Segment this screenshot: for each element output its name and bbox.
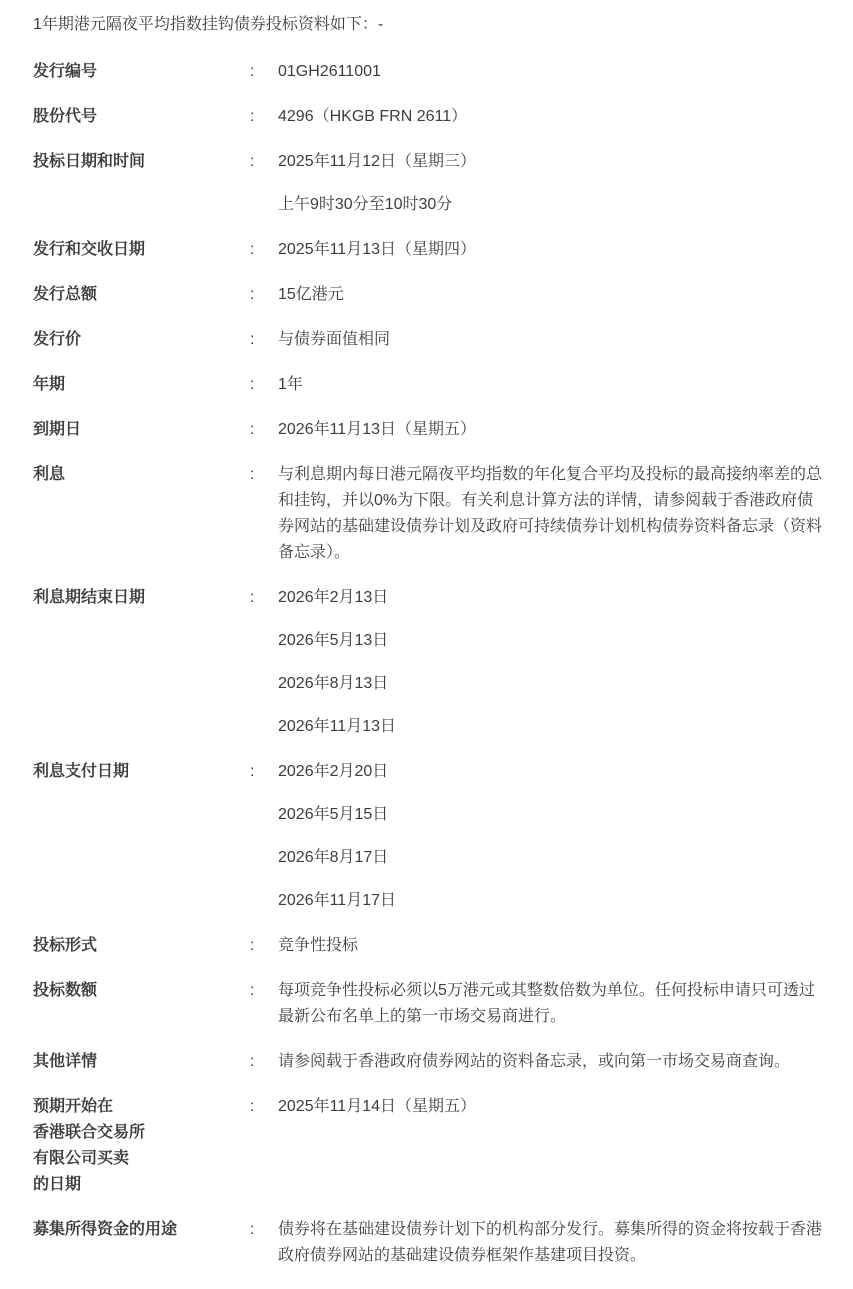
field-value-paragraph: 竞争性投标 xyxy=(278,933,822,959)
field-label-line: 利息 xyxy=(33,462,250,488)
detail-row: 投标日期和时间 : 2025年11月12日（星期三）上午9时30分至10时30分 xyxy=(33,149,822,218)
field-label-line: 发行总额 xyxy=(33,282,250,308)
detail-row: 利息期结束日期 : 2026年2月13日2026年5月13日2026年8月13日… xyxy=(33,585,822,740)
field-label: 利息 xyxy=(33,462,250,488)
field-value-paragraph: 2025年11月12日（星期三） xyxy=(278,149,822,175)
bond-tender-document: 1年期港元隔夜平均指数挂钩债券投标资料如下：- 发行编号 : 01GH26110… xyxy=(33,12,822,1269)
field-value: 2025年11月14日（星期五） xyxy=(278,1094,822,1120)
field-value-paragraph: 上午9时30分至10时30分 xyxy=(278,192,822,218)
field-label: 募集所得资金的用途 xyxy=(33,1217,250,1243)
detail-row: 发行总额 : 15亿港元 xyxy=(33,282,822,308)
field-value-paragraph: 请参阅载于香港政府债券网站的资料备忘录，或向第一市场交易商查询。 xyxy=(278,1049,822,1075)
tender-details-table: 发行编号 : 01GH2611001 股份代号 : 4296（HKGB FRN … xyxy=(33,59,822,1269)
colon-separator: : xyxy=(250,59,278,85)
field-value: 与利息期内每日港元隔夜平均指数的年化复合平均及投标的最高接纳率差的总和挂钩，并以… xyxy=(278,462,822,566)
field-label-line: 利息支付日期 xyxy=(33,759,250,785)
field-label-line: 投标数额 xyxy=(33,978,250,1004)
colon-separator: : xyxy=(250,237,278,263)
field-value-paragraph: 2026年8月13日 xyxy=(278,671,822,697)
field-label: 发行和交收日期 xyxy=(33,237,250,263)
field-label-line: 发行和交收日期 xyxy=(33,237,250,263)
field-value: 债券将在基础建设债券计划下的机构部分发行。募集所得的资金将按载于香港政府债券网站… xyxy=(278,1217,822,1269)
detail-row: 其他详情 : 请参阅载于香港政府债券网站的资料备忘录，或向第一市场交易商查询。 xyxy=(33,1049,822,1075)
field-value-paragraph: 2026年11月17日 xyxy=(278,888,822,914)
detail-row: 股份代号 : 4296（HKGB FRN 2611） xyxy=(33,104,822,130)
colon-separator: : xyxy=(250,104,278,130)
field-value: 与债券面值相同 xyxy=(278,327,822,353)
field-value-paragraph: 2026年8月17日 xyxy=(278,845,822,871)
field-value-paragraph: 2026年2月13日 xyxy=(278,585,822,611)
field-label-line: 股份代号 xyxy=(33,104,250,130)
field-label-line: 发行编号 xyxy=(33,59,250,85)
field-label: 投标日期和时间 xyxy=(33,149,250,175)
field-label-line: 发行价 xyxy=(33,327,250,353)
detail-row: 发行编号 : 01GH2611001 xyxy=(33,59,822,85)
detail-row: 发行和交收日期 : 2025年11月13日（星期四） xyxy=(33,237,822,263)
colon-separator: : xyxy=(250,1094,278,1120)
field-value: 15亿港元 xyxy=(278,282,822,308)
field-value: 每项竞争性投标必须以5万港元或其整数倍数为单位。任何投标申请只可透过最新公布名单… xyxy=(278,978,822,1030)
field-label: 发行价 xyxy=(33,327,250,353)
field-label: 利息支付日期 xyxy=(33,759,250,785)
field-label: 投标数额 xyxy=(33,978,250,1004)
detail-row: 投标数额 : 每项竞争性投标必须以5万港元或其整数倍数为单位。任何投标申请只可透… xyxy=(33,978,822,1030)
detail-row: 募集所得资金的用途 : 债券将在基础建设债券计划下的机构部分发行。募集所得的资金… xyxy=(33,1217,822,1269)
field-label-line: 有限公司买卖 xyxy=(33,1146,250,1172)
field-label-line: 年期 xyxy=(33,372,250,398)
field-label: 股份代号 xyxy=(33,104,250,130)
field-value-paragraph: 与利息期内每日港元隔夜平均指数的年化复合平均及投标的最高接纳率差的总和挂钩，并以… xyxy=(278,462,822,566)
field-value-paragraph: 4296（HKGB FRN 2611） xyxy=(278,104,822,130)
field-value: 1年 xyxy=(278,372,822,398)
detail-row: 年期 : 1年 xyxy=(33,372,822,398)
field-value-paragraph: 2025年11月13日（星期四） xyxy=(278,237,822,263)
field-value-paragraph: 与债券面值相同 xyxy=(278,327,822,353)
field-value-paragraph: 2026年5月15日 xyxy=(278,802,822,828)
field-value-paragraph: 每项竞争性投标必须以5万港元或其整数倍数为单位。任何投标申请只可透过最新公布名单… xyxy=(278,978,822,1030)
colon-separator: : xyxy=(250,1217,278,1243)
field-label-line: 投标日期和时间 xyxy=(33,149,250,175)
field-value-paragraph: 债券将在基础建设债券计划下的机构部分发行。募集所得的资金将按载于香港政府债券网站… xyxy=(278,1217,822,1269)
field-label: 年期 xyxy=(33,372,250,398)
field-label: 到期日 xyxy=(33,417,250,443)
field-value-paragraph: 2025年11月14日（星期五） xyxy=(278,1094,822,1120)
field-label: 发行总额 xyxy=(33,282,250,308)
field-label: 预期开始在香港联合交易所有限公司买卖的日期 xyxy=(33,1094,250,1198)
field-value: 2026年2月13日2026年5月13日2026年8月13日2026年11月13… xyxy=(278,585,822,740)
colon-separator: : xyxy=(250,149,278,175)
field-value: 2025年11月12日（星期三）上午9时30分至10时30分 xyxy=(278,149,822,218)
field-label-line: 募集所得资金的用途 xyxy=(33,1217,250,1243)
field-value-paragraph: 01GH2611001 xyxy=(278,59,822,85)
field-value: 2025年11月13日（星期四） xyxy=(278,237,822,263)
field-label-line: 预期开始在 xyxy=(33,1094,250,1120)
field-value: 2026年2月20日2026年5月15日2026年8月17日2026年11月17… xyxy=(278,759,822,914)
field-value-paragraph: 2026年2月20日 xyxy=(278,759,822,785)
colon-separator: : xyxy=(250,327,278,353)
colon-separator: : xyxy=(250,417,278,443)
field-label: 利息期结束日期 xyxy=(33,585,250,611)
field-label-line: 利息期结束日期 xyxy=(33,585,250,611)
detail-row: 利息支付日期 : 2026年2月20日2026年5月15日2026年8月17日2… xyxy=(33,759,822,914)
field-value: 01GH2611001 xyxy=(278,59,822,85)
field-value-paragraph: 2026年5月13日 xyxy=(278,628,822,654)
field-value: 2026年11月13日（星期五） xyxy=(278,417,822,443)
field-value: 4296（HKGB FRN 2611） xyxy=(278,104,822,130)
field-value-paragraph: 1年 xyxy=(278,372,822,398)
field-value: 竞争性投标 xyxy=(278,933,822,959)
colon-separator: : xyxy=(250,372,278,398)
field-value-paragraph: 2026年11月13日（星期五） xyxy=(278,417,822,443)
field-value-paragraph: 15亿港元 xyxy=(278,282,822,308)
detail-row: 投标形式 : 竞争性投标 xyxy=(33,933,822,959)
field-value-paragraph: 2026年11月13日 xyxy=(278,714,822,740)
field-label: 发行编号 xyxy=(33,59,250,85)
colon-separator: : xyxy=(250,1049,278,1075)
field-label-line: 到期日 xyxy=(33,417,250,443)
field-label-line: 香港联合交易所 xyxy=(33,1120,250,1146)
detail-row: 利息 : 与利息期内每日港元隔夜平均指数的年化复合平均及投标的最高接纳率差的总和… xyxy=(33,462,822,566)
colon-separator: : xyxy=(250,759,278,785)
intro-line: 1年期港元隔夜平均指数挂钩债券投标资料如下：- xyxy=(33,12,822,38)
field-label: 投标形式 xyxy=(33,933,250,959)
field-label-line: 其他详情 xyxy=(33,1049,250,1075)
colon-separator: : xyxy=(250,585,278,611)
field-label-line: 投标形式 xyxy=(33,933,250,959)
field-label: 其他详情 xyxy=(33,1049,250,1075)
colon-separator: : xyxy=(250,462,278,488)
detail-row: 预期开始在香港联合交易所有限公司买卖的日期 : 2025年11月14日（星期五） xyxy=(33,1094,822,1198)
detail-row: 到期日 : 2026年11月13日（星期五） xyxy=(33,417,822,443)
colon-separator: : xyxy=(250,933,278,959)
colon-separator: : xyxy=(250,282,278,308)
colon-separator: : xyxy=(250,978,278,1004)
field-value: 请参阅载于香港政府债券网站的资料备忘录，或向第一市场交易商查询。 xyxy=(278,1049,822,1075)
detail-row: 发行价 : 与债券面值相同 xyxy=(33,327,822,353)
field-label-line: 的日期 xyxy=(33,1172,250,1198)
